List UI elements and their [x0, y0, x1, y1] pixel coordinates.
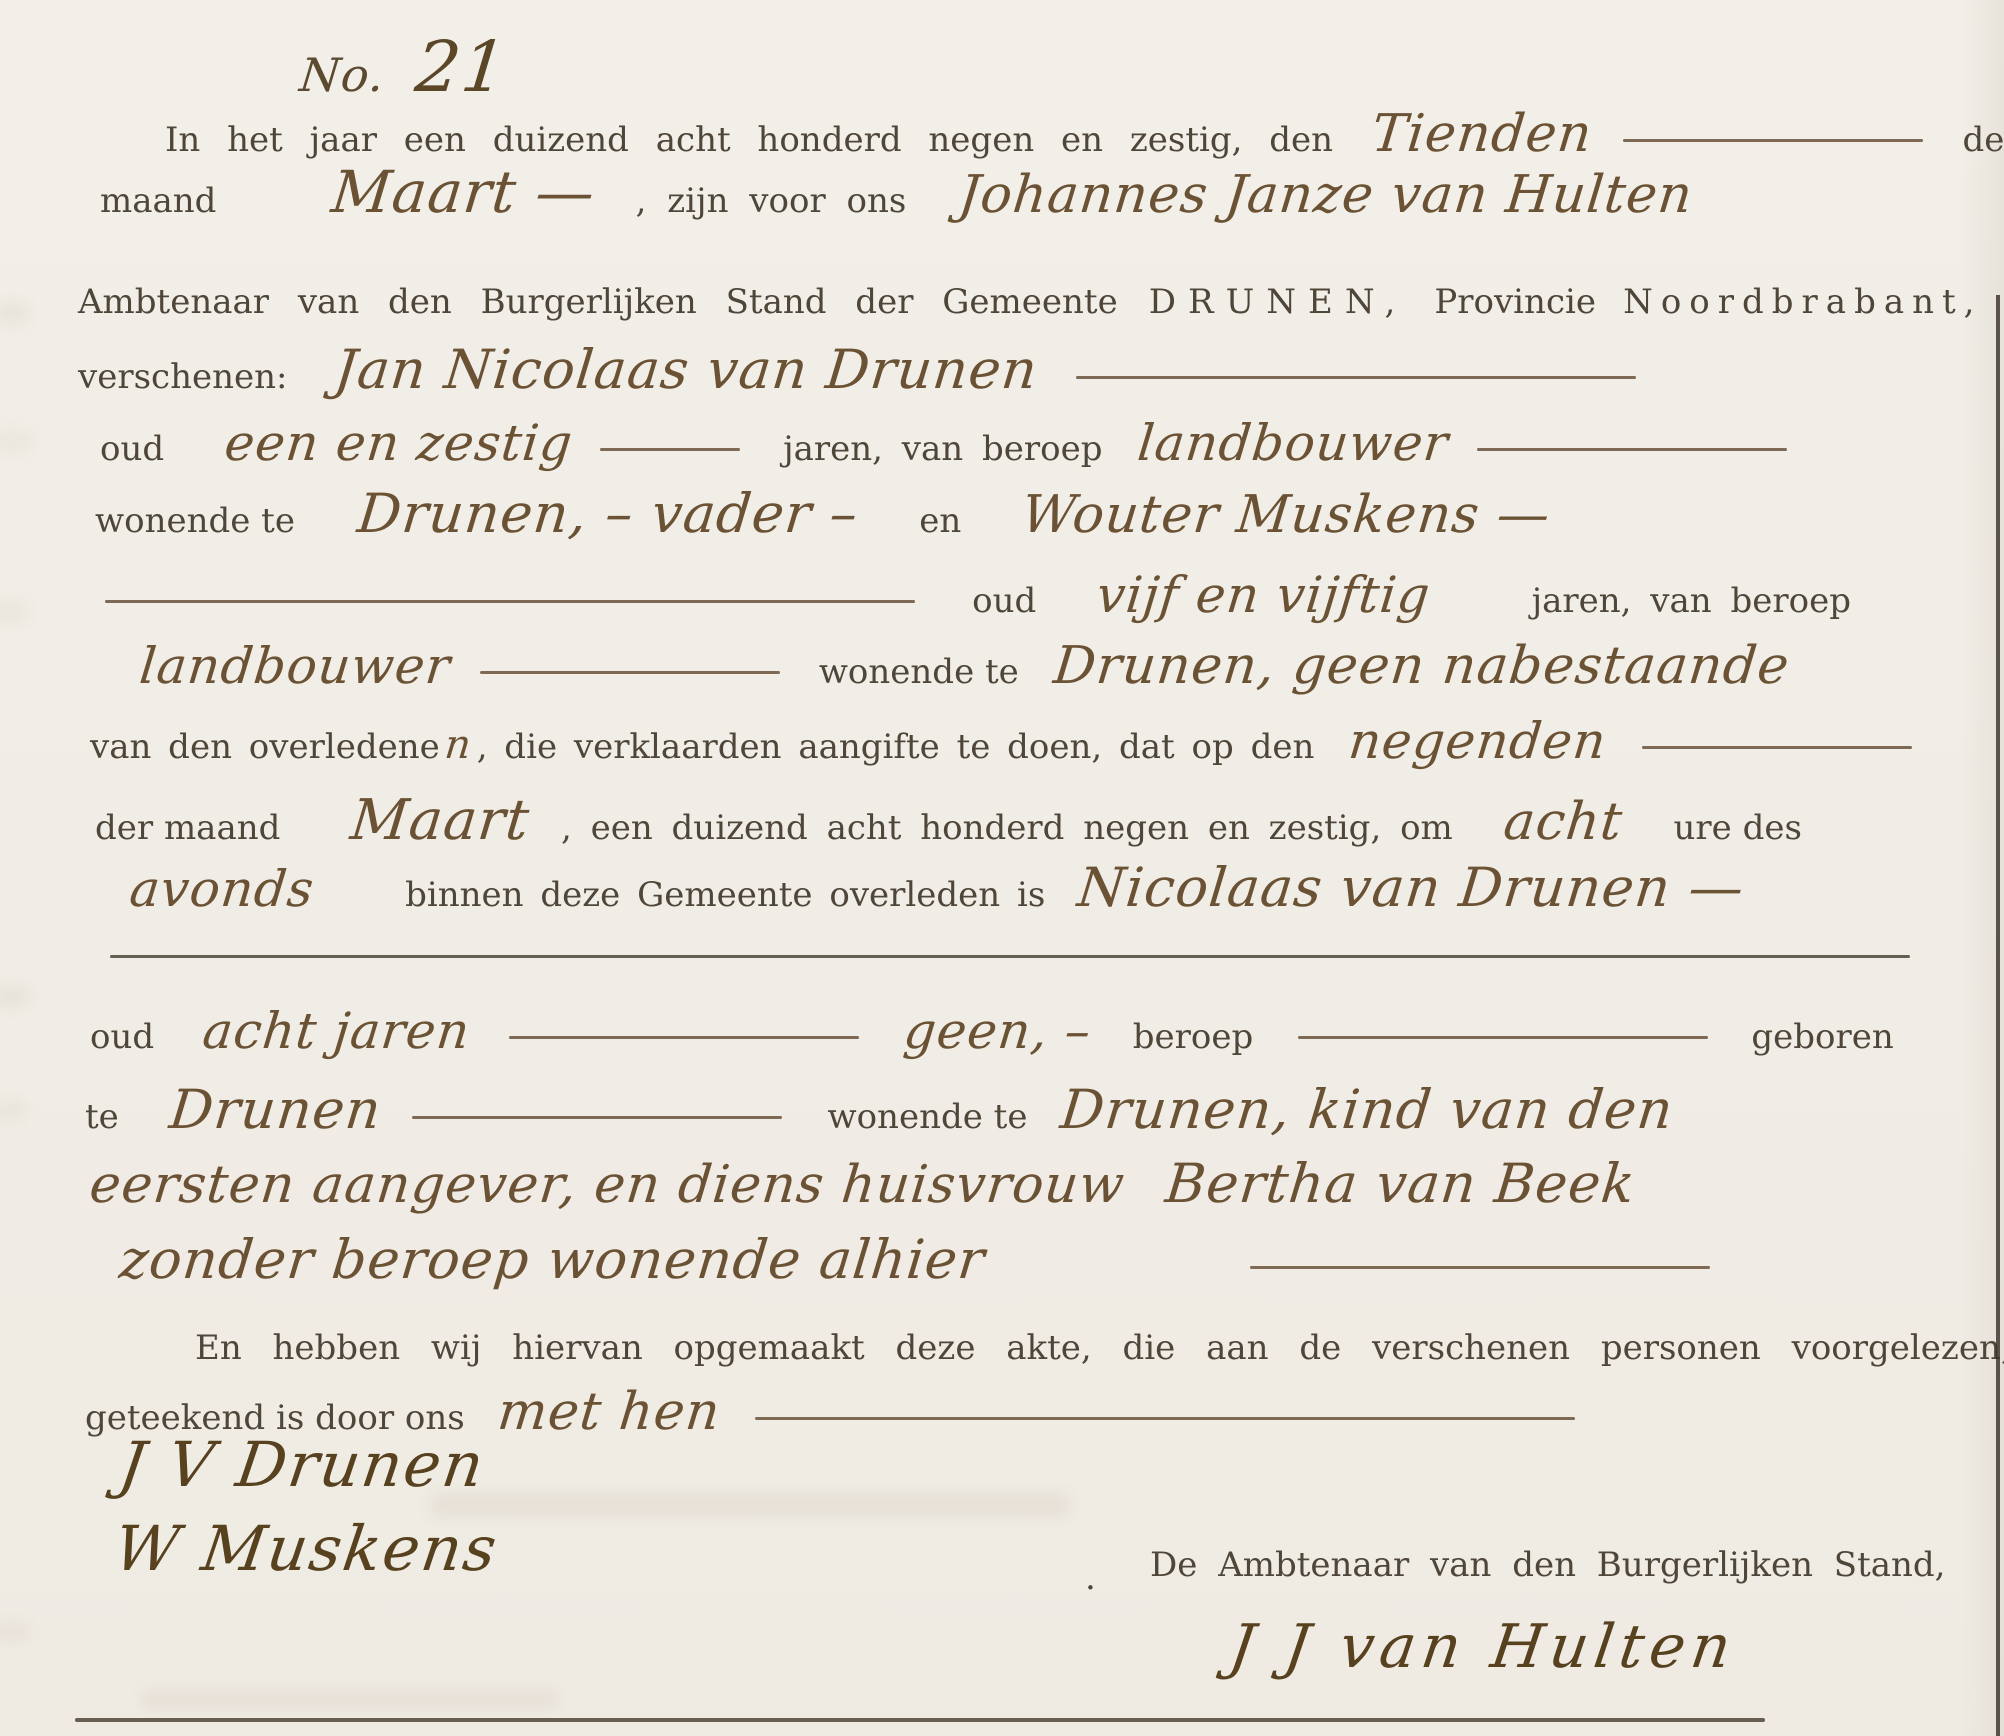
printed-text: maand: [100, 181, 216, 221]
death-record-page: No. 21 In het jaar een duizend acht hond…: [0, 0, 2004, 1736]
written-day: Tienden: [1369, 104, 1595, 164]
written-deceased-age: acht jaren: [200, 1002, 473, 1060]
official-title: De Ambtenaar van den Burgerlijken Stand,: [1150, 1545, 1946, 1585]
printed-text: wonende te: [95, 501, 295, 541]
written-mother-name: Bertha van Beek: [1163, 1152, 1639, 1215]
printed-text: wonende te: [819, 652, 1019, 692]
printed-text: , een duizend acht honderd negen en zest…: [561, 808, 1453, 848]
written-deceased-name: Nicolaas van Drunen —: [1075, 856, 1748, 919]
printed-text: der maand: [95, 808, 280, 848]
written-registrar-name: Johannes Janze van Hulten: [956, 165, 1696, 225]
written-mother-occupation: zonder beroep wonende alhier: [117, 1228, 989, 1291]
written-declarant2-name: Wouter Muskens —: [1019, 485, 1553, 545]
fill-rule: [1642, 746, 1912, 749]
printed-text: Provincie: [1434, 282, 1596, 322]
act-number-label: No.: [297, 48, 387, 102]
bleed-through-smudge: [0, 1620, 32, 1644]
fill-rule: [755, 1417, 1575, 1420]
act-line-2: maand Maart — , zijn voor ons Johannes J…: [100, 158, 1693, 226]
fill-rule: [509, 1036, 859, 1039]
printed-text: binnen deze Gemeente overleden is: [405, 875, 1045, 915]
signature-text: J J van Hulten: [1225, 1612, 1741, 1682]
signature-declarant1: J V Drunen: [120, 1428, 485, 1501]
written-declarant1-name: Jan Nicolaas van Drunen: [331, 338, 1040, 401]
printed-text: jaren, van beroep: [783, 429, 1102, 469]
written-correction: n: [442, 722, 474, 768]
written-deceased-residence: Drunen, kind van den: [1057, 1078, 1676, 1141]
act-line-5: oud een en zestig jaren, van beroep land…: [100, 414, 1787, 472]
bleed-through-text-band: [140, 1688, 560, 1710]
printed-text: oud: [100, 429, 164, 469]
fill-rule: [600, 448, 740, 451]
printed-text: beroep: [1133, 1017, 1254, 1057]
printed-text: van den overledene: [90, 727, 440, 767]
printed-text: te: [85, 1097, 119, 1137]
printed-text: jaren, van beroep: [1532, 581, 1851, 621]
printed-text: oud: [90, 1017, 154, 1057]
printed-text: oud: [972, 581, 1036, 621]
fill-rule: [412, 1116, 782, 1119]
written-declarant2-occupation: landbouwer: [137, 637, 454, 695]
written-declarant2-age: vijf en vijftig: [1094, 566, 1433, 624]
fill-rule: [1623, 139, 1923, 142]
official-signature: J J van Hulten: [1230, 1612, 1736, 1682]
written-declarant1-residence: Drunen, – vader –: [355, 482, 862, 545]
fill-rule: [1250, 1266, 1710, 1269]
page-edge-shadow: [1960, 0, 2004, 1736]
printed-text: ure des: [1673, 808, 1801, 848]
bleed-through-smudge: [0, 985, 32, 1009]
printed-text: De Ambtenaar van den Burgerlijken Stand,: [1150, 1545, 1946, 1585]
act-line-10: der maand Maart , een duizend acht honde…: [95, 788, 1802, 853]
signature-text: J V Drunen: [115, 1428, 490, 1501]
bleed-through-smudge: [0, 1100, 28, 1122]
written-declarant1-occupation: landbouwer: [1135, 414, 1452, 472]
written-parents-text: eersten aangever, en diens huisvrouw: [87, 1155, 1128, 1215]
bleed-through-smudge: [0, 430, 34, 452]
written-month: Maart —: [328, 158, 598, 226]
act-line-6: wonende te Drunen, – vader – en Wouter M…: [95, 482, 1551, 545]
printed-text: In het jaar een duizend acht honderd neg…: [165, 120, 1333, 160]
printed-text: wonende te: [827, 1097, 1027, 1137]
page-rule: [75, 1718, 1765, 1722]
written-signing-note: met hen: [495, 1382, 724, 1442]
printed-text: , zijn voor ons: [636, 181, 907, 221]
fill-rule: [1477, 448, 1787, 451]
printed-text: Ambtenaar van den Burgerlijken Stand der…: [78, 282, 1118, 322]
written-declarant2-residence: Drunen, geen nabestaande: [1051, 636, 1793, 696]
fill-rule: [1298, 1036, 1708, 1039]
act-line-7: oud vijf en vijftig jaren, van beroep: [105, 566, 1851, 624]
bleed-through-text-band: [430, 1492, 1070, 1518]
closing-line-1: En hebben wij hiervan opgemaakt deze akt…: [195, 1328, 2004, 1368]
act-line-1: In het jaar een duizend acht honderd neg…: [165, 104, 2004, 164]
act-number-value: 21: [412, 26, 512, 108]
act-line-16: zonder beroep wonende alhier: [120, 1228, 1710, 1291]
official-dot: .: [1085, 1558, 1096, 1598]
act-line-12: [110, 952, 1910, 971]
act-line-8: landbouwer wonende te Drunen, geen nabes…: [140, 636, 1789, 696]
written-death-day: negenden: [1346, 712, 1609, 770]
written-death-month: Maart: [348, 788, 533, 853]
signature-declarant2: W Muskens: [115, 1512, 498, 1585]
act-line-4: verschenen: Jan Nicolaas van Drunen: [78, 338, 1636, 401]
stray-dot: .: [1085, 1558, 1096, 1598]
act-line-3: Ambtenaar van den Burgerlijken Stand der…: [78, 282, 1982, 322]
printed-text: , die verklaarden aangifte te doen, dat …: [477, 727, 1315, 767]
municipality-name: DRUNEN,: [1149, 282, 1407, 322]
written-birthplace: Drunen: [167, 1078, 385, 1141]
act-line-13: oud acht jaren geen, – beroep geboren: [90, 1002, 1894, 1060]
act-line-14: te Drunen wonende te Drunen, kind van de…: [85, 1078, 1673, 1141]
written-declarant1-age: een en zestig: [222, 414, 576, 472]
act-number-block: No. 21: [300, 26, 507, 108]
fill-rule-full: [110, 955, 1910, 958]
printed-text: geboren: [1751, 1017, 1893, 1057]
act-line-9: van den overledene n , die verklaarden a…: [90, 712, 1912, 770]
written-deceased-occupation: geen, –: [901, 1002, 1094, 1060]
province-name: Noordbrabant,: [1623, 282, 1982, 322]
signature-text: W Muskens: [110, 1512, 503, 1585]
printed-text: En hebben wij hiervan opgemaakt deze akt…: [195, 1328, 2004, 1368]
fill-rule: [1076, 376, 1636, 379]
written-time-of-day: avonds: [127, 860, 317, 918]
fill-rule: [105, 600, 915, 603]
printed-text: verschenen:: [78, 357, 287, 397]
act-line-11: avonds binnen deze Gemeente overleden is…: [130, 856, 1744, 919]
written-death-hour: acht: [1501, 792, 1626, 852]
fill-rule: [480, 671, 780, 674]
printed-text: en: [919, 501, 961, 541]
act-line-15: eersten aangever, en diens huisvrouw Ber…: [90, 1152, 1635, 1215]
bottom-page-rule: [75, 1716, 1765, 1735]
bleed-through-smudge: [0, 600, 28, 624]
bleed-through-smudge: [0, 300, 32, 326]
